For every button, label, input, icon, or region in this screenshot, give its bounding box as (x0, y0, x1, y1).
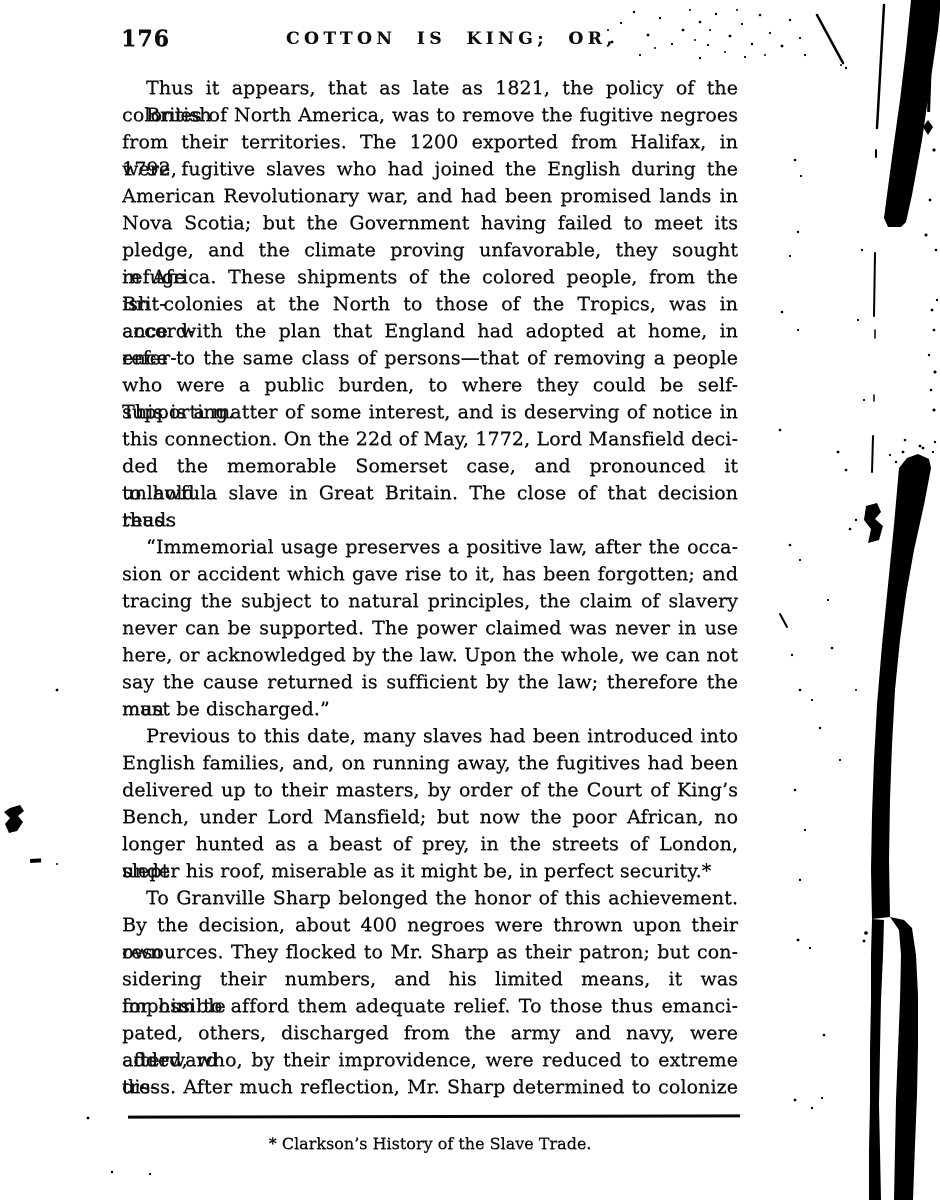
scan-blob-left-margin (4, 805, 24, 833)
text-line: thus: (122, 507, 738, 534)
text-line: To Granville Sharp belonged the honor of… (122, 885, 738, 912)
text-line: ance with the plan that England had adop… (122, 318, 738, 345)
text-line: here, or acknowledged by the law. Upon t… (122, 642, 738, 669)
text-line: ded the memorable Somerset case, and pro… (122, 453, 738, 480)
footnote: * Clarkson’s History of the Slave Trade. (122, 1134, 738, 1153)
text-line: sidering their numbers, and his limited … (122, 966, 738, 993)
text-line: tress. After much reflection, Mr. Sharp … (122, 1074, 738, 1101)
text-line: Previous to this date, many slaves had b… (122, 723, 738, 750)
scan-streak-left (869, 919, 884, 1200)
text-line: pledge, and the climate proving unfavora… (122, 237, 738, 264)
text-line: This is a matter of some interest, and i… (122, 399, 738, 426)
text-line: were fugitive slaves who had joined the … (122, 156, 738, 183)
text-line: longer hunted as a beast of prey, in the… (122, 831, 738, 858)
text-line: Bench, under Lord Mansfield; but now the… (122, 804, 738, 831)
text-line: in Africa. These shipments of the colore… (122, 264, 738, 291)
text-line: resources. They flocked to Mr. Sharp as … (122, 939, 738, 966)
text-line: say the cause returned is sufficient by … (122, 669, 738, 696)
footnote-rule (128, 1114, 740, 1118)
text-line: “Immemorial usage preserves a positive l… (122, 534, 738, 561)
text-line: ish colonies at the North to those of th… (122, 291, 738, 318)
text-line: Nova Scotia; but the Government having f… (122, 210, 738, 237)
text-line: who were a public burden, to where they … (122, 372, 738, 399)
scan-streak-right (890, 917, 918, 1200)
text-line: By the decision, about 400 negroes were … (122, 912, 738, 939)
text-line: delivered up to their masters, by order … (122, 777, 738, 804)
book-page: 176 COTTON IS KING; OR, Thus it appears,… (0, 0, 940, 1200)
scan-blob-top-right (884, 0, 940, 227)
running-title: COTTON IS KING; OR, (286, 29, 617, 49)
body-text: Thus it appears, that as late as 1821, t… (122, 75, 738, 1101)
text-line: English families, and, on running away, … (122, 750, 738, 777)
text-line: sion or accident which gave rise to it, … (122, 561, 738, 588)
text-line: tracing the subject to natural principle… (122, 588, 738, 615)
text-line: from their territories. The 1200 exporte… (122, 129, 738, 156)
text-line: colonies of North America, was to remove… (122, 102, 738, 129)
text-line: never can be supported. The power claime… (122, 615, 738, 642)
text-line: for him to afford them adequate relief. … (122, 993, 738, 1020)
text-line: must be discharged.” (122, 696, 738, 723)
text-line: Thus it appears, that as late as 1821, t… (122, 75, 738, 102)
text-line: added, who, by their improvidence, were … (122, 1047, 738, 1074)
page-number: 176 (121, 26, 170, 52)
scan-streak-main (871, 454, 931, 919)
text-line: under his roof, miserable as it might be… (122, 858, 738, 885)
text-line: this connection. On the 22d of May, 1772… (122, 426, 738, 453)
text-line: pated, others, discharged from the army … (122, 1020, 738, 1047)
text-line: American Revolutionary war, and had been… (122, 183, 738, 210)
text-line: to hold a slave in Great Britain. The cl… (122, 480, 738, 507)
text-line: ence to the same class of persons—that o… (122, 345, 738, 372)
